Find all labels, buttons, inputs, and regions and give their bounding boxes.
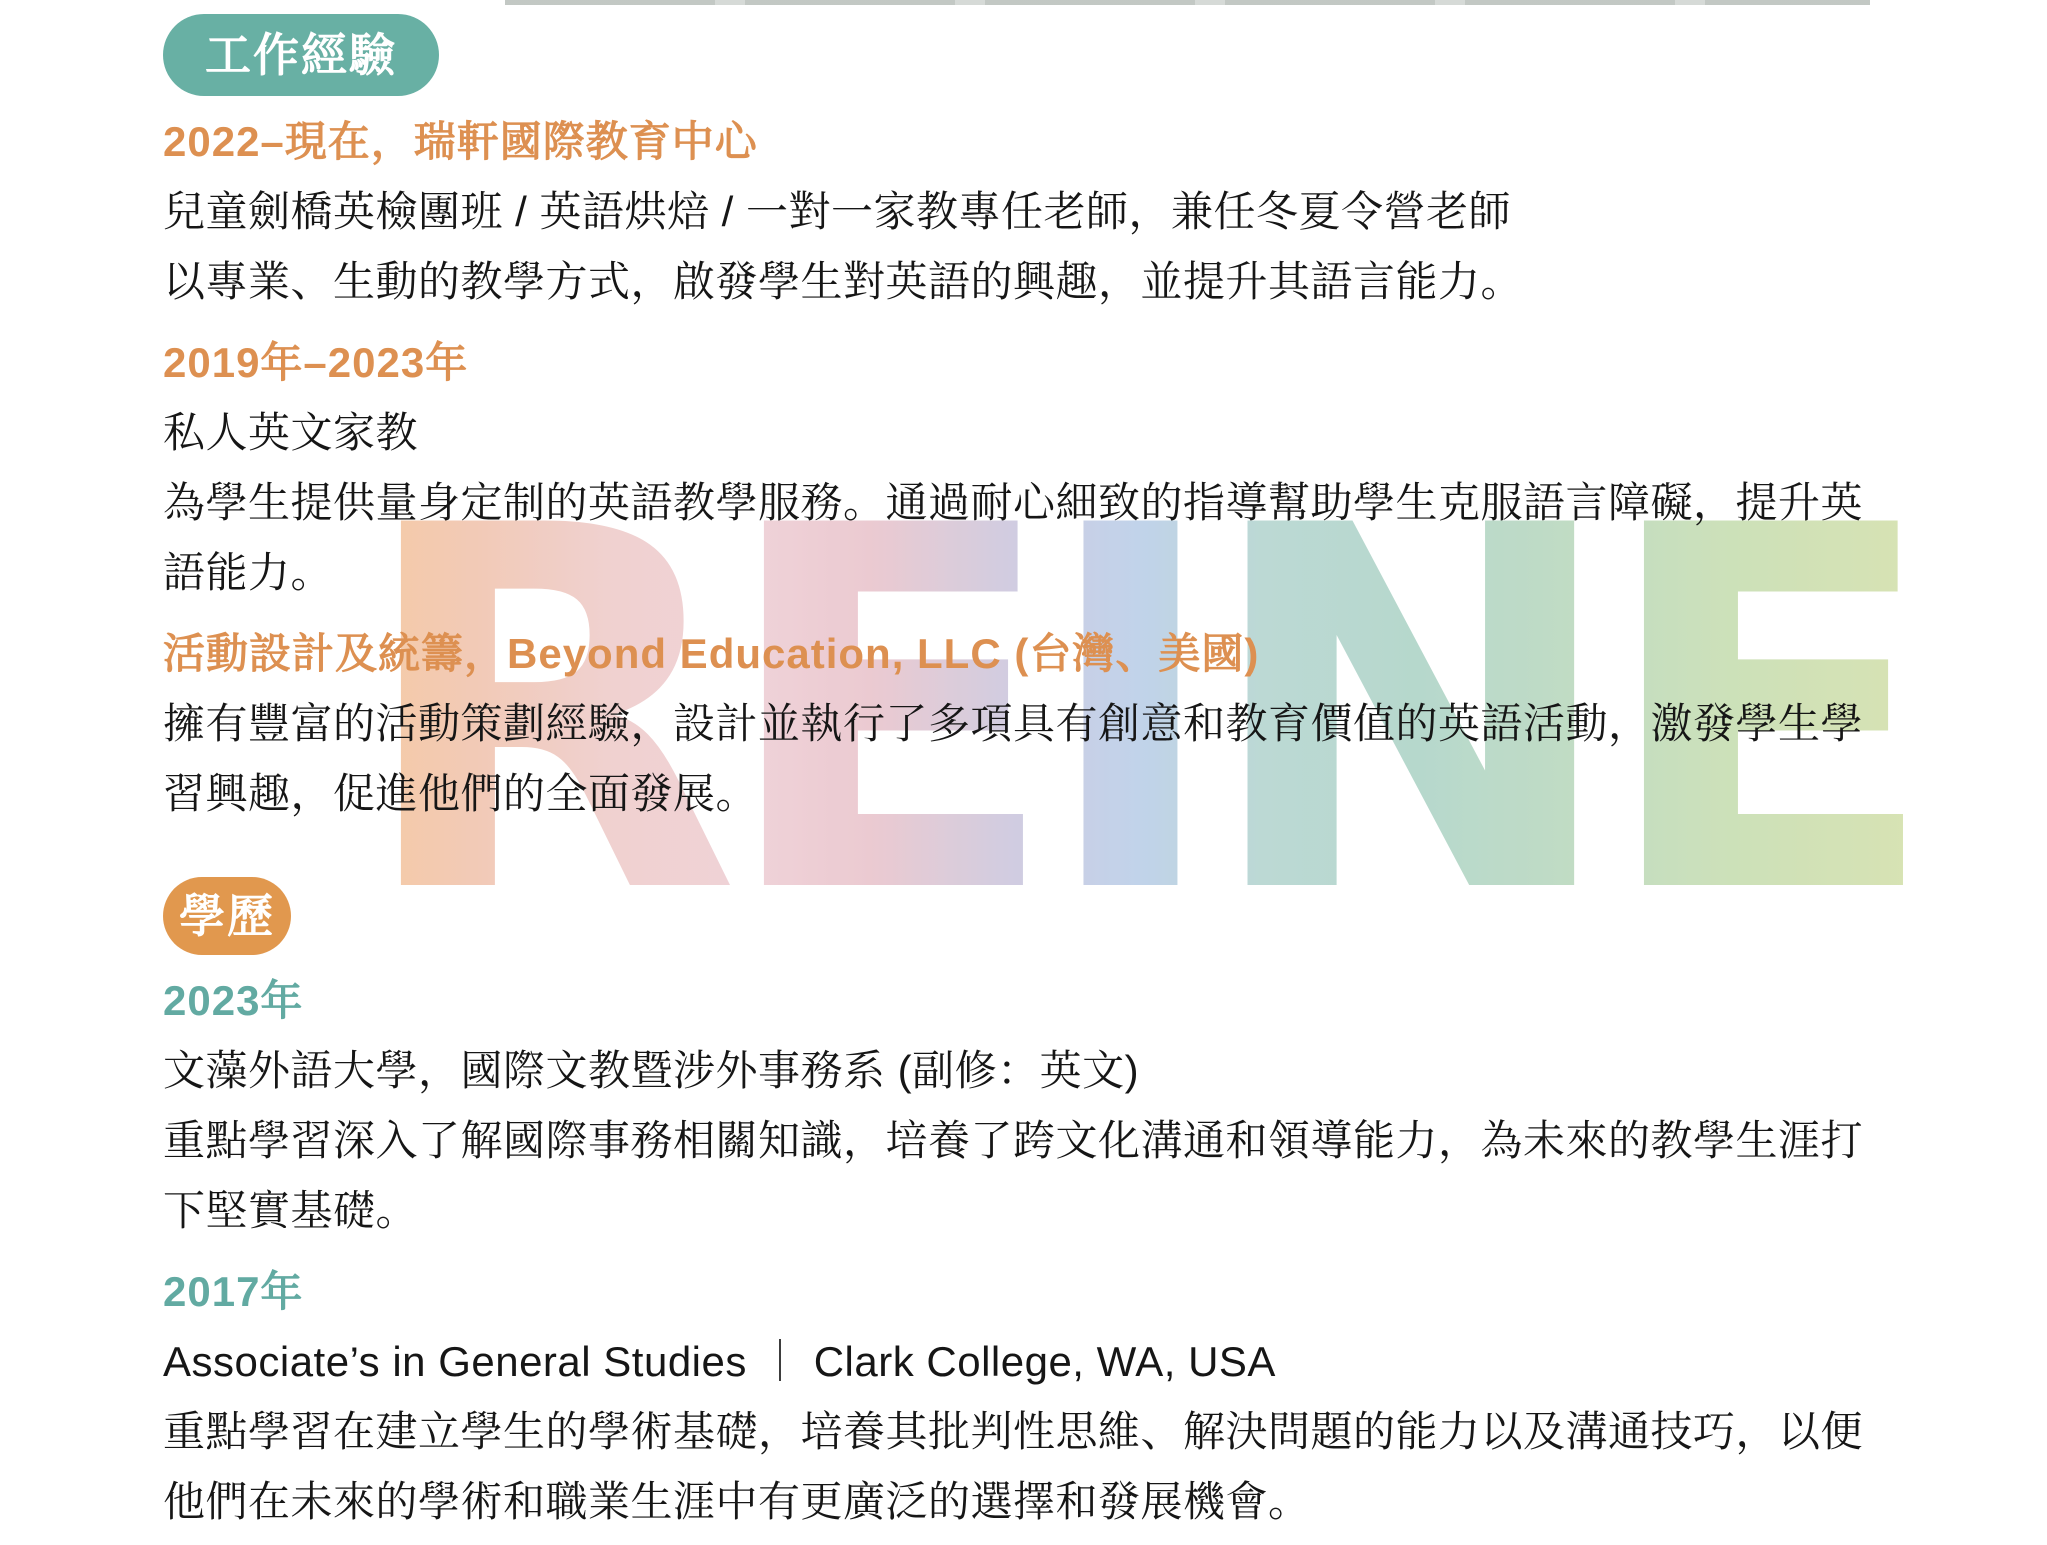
entry-line: 擁有豐富的活動策劃經驗，設計並執行了多項具有創意和教育價值的英語活動，激發學生學 [163,689,2047,759]
entry-line: 重點學習深入了解國際事務相關知識，培養了跨文化溝通和領導能力，為未來的教學生涯打 [163,1106,2047,1176]
resume-content: 工作經驗2022–現在，瑞軒國際教育中心兒童劍橋英檢團班 / 英語烘焙 / 一對… [0,0,2047,1537]
entry-line: 兒童劍橋英檢團班 / 英語烘焙 / 一對一家教專任老師，兼任冬夏令營老師 [163,177,2047,247]
entry-line: Associate’s in General Studies ｜ Clark C… [163,1327,2047,1397]
entry-line: 下堅實基礎。 [163,1176,2047,1246]
entry-heading: 活動設計及統籌，Beyond Education, LLC (台灣、美國) [163,619,2047,689]
education-entry-2: 2017年Associate’s in General Studies ｜ Cl… [163,1257,2047,1537]
education-entry-1: 2023年文藻外語大學，國際文教暨涉外事務系 (副修：英文)重點學習深入了解國際… [163,966,2047,1246]
education-badge-row: 學歷 [163,877,2047,955]
entry-line: 以專業、生動的教學方式，啟發學生對英語的興趣，並提升其語言能力。 [163,247,2047,317]
work-experience-badge-row: 工作經驗 [163,14,2047,96]
section-education: 學歷2023年文藻外語大學，國際文教暨涉外事務系 (副修：英文)重點學習深入了解… [163,877,2047,1537]
section-work-experience: 工作經驗2022–現在，瑞軒國際教育中心兒童劍橋英檢團班 / 英語烘焙 / 一對… [163,14,2047,829]
entry-line: 為學生提供量身定制的英語教學服務。通過耐心細致的指導幫助學生克服語言障礙，提升英 [163,468,2047,538]
work-experience-badge: 工作經驗 [163,14,439,96]
education-badge: 學歷 [163,877,291,955]
work-experience-entry-2: 2019年–2023年私人英文家教為學生提供量身定制的英語教學服務。通過耐心細致… [163,328,2047,608]
entry-heading: 2019年–2023年 [163,328,2047,398]
entry-line: 私人英文家教 [163,398,2047,468]
entry-heading: 2023年 [163,966,2047,1036]
work-experience-entry-1: 2022–現在，瑞軒國際教育中心兒童劍橋英檢團班 / 英語烘焙 / 一對一家教專… [163,107,2047,317]
entry-line: 習興趣，促進他們的全面發展。 [163,759,2047,829]
entry-heading: 2022–現在，瑞軒國際教育中心 [163,107,2047,177]
entry-line: 語能力。 [163,538,2047,608]
entry-heading: 2017年 [163,1257,2047,1327]
work-experience-entry-3: 活動設計及統籌，Beyond Education, LLC (台灣、美國)擁有豐… [163,619,2047,829]
entry-line: 重點學習在建立學生的學術基礎，培養其批判性思維、解決問題的能力以及溝通技巧，以便 [163,1397,2047,1467]
resume-page: REINE 工作經驗2022–現在，瑞軒國際教育中心兒童劍橋英檢團班 / 英語烘… [0,0,2047,1545]
entry-line: 文藻外語大學，國際文教暨涉外事務系 (副修：英文) [163,1036,2047,1106]
entry-line: 他們在未來的學術和職業生涯中有更廣泛的選擇和發展機會。 [163,1467,2047,1537]
